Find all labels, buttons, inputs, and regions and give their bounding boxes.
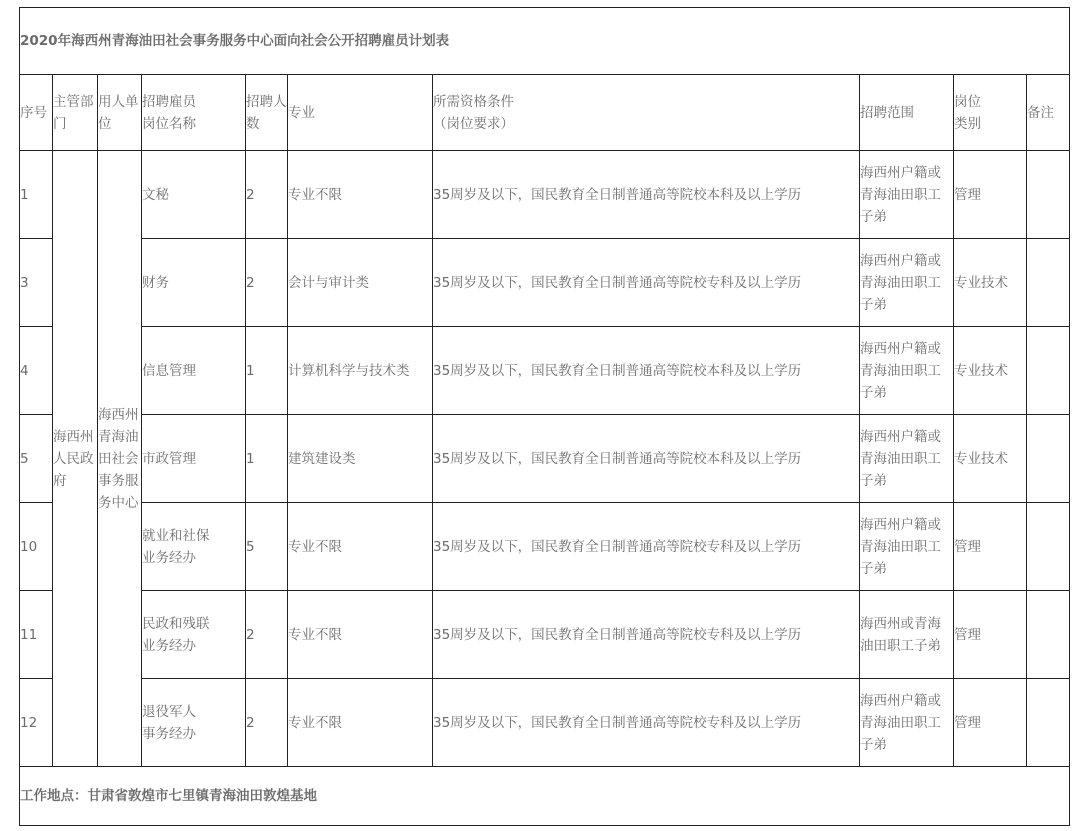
cell-category: 专业技术 <box>954 327 1027 415</box>
cell-position: 就业和社保业务经办 <box>142 503 246 591</box>
cell-position: 文秘 <box>142 151 246 239</box>
table-row: 5 市政管理 1 建筑建设类 35周岁及以下，国民教育全日制普通高等院校本科及以… <box>20 415 1070 503</box>
footer-row: 工作地点：甘肃省敦煌市七里镇青海油田敦煌基地 <box>20 767 1070 826</box>
header-major: 专业 <box>288 75 433 151</box>
table-row: 4 信息管理 1 计算机科学与技术类 35周岁及以下，国民教育全日制普通高等院校… <box>20 327 1070 415</box>
cell-count: 2 <box>246 239 288 327</box>
cell-requirements: 35周岁及以下，国民教育全日制普通高等院校专科及以上学历 <box>433 591 860 679</box>
title-row: 2020年海西州青海油田社会事务服务中心面向社会公开招聘雇员计划表 <box>20 8 1070 75</box>
cell-major: 专业不限 <box>288 503 433 591</box>
cell-position: 信息管理 <box>142 327 246 415</box>
cell-major: 专业不限 <box>288 591 433 679</box>
cell-requirements: 35周岁及以下，国民教育全日制普通高等院校本科及以上学历 <box>433 415 860 503</box>
cell-scope: 海西州户籍或青海油田职工子弟 <box>860 503 954 591</box>
cell-seq: 11 <box>20 591 53 679</box>
cell-count: 2 <box>246 591 288 679</box>
cell-position: 民政和残联业务经办 <box>142 591 246 679</box>
cell-count: 1 <box>246 327 288 415</box>
cell-remarks <box>1027 415 1070 503</box>
cell-category: 专业技术 <box>954 239 1027 327</box>
cell-seq: 1 <box>20 151 53 239</box>
table-row: 3 财务 2 会计与审计类 35周岁及以下，国民教育全日制普通高等院校专科及以上… <box>20 239 1070 327</box>
cell-category: 专业技术 <box>954 415 1027 503</box>
cell-remarks <box>1027 327 1070 415</box>
header-count: 招聘人数 <box>246 75 288 151</box>
cell-category: 管理 <box>954 591 1027 679</box>
cell-scope: 海西州户籍或青海油田职工子弟 <box>860 679 954 767</box>
table-row: 11 民政和残联业务经办 2 专业不限 35周岁及以下，国民教育全日制普通高等院… <box>20 591 1070 679</box>
cell-remarks <box>1027 151 1070 239</box>
cell-requirements: 35周岁及以下，国民教育全日制普通高等院校专科及以上学历 <box>433 239 860 327</box>
header-dept: 主管部门 <box>53 75 98 151</box>
cell-scope: 海西州或青海油田职工子弟 <box>860 591 954 679</box>
cell-remarks <box>1027 503 1070 591</box>
cell-dept-merged: 海西州人民政府 <box>53 151 98 767</box>
cell-seq: 5 <box>20 415 53 503</box>
cell-count: 2 <box>246 679 288 767</box>
header-row: 序号 主管部门 用人单位 招聘雇员岗位名称 招聘人数 专业 所需资格条件（岗位要… <box>20 75 1070 151</box>
cell-position: 市政管理 <box>142 415 246 503</box>
cell-major: 计算机科学与技术类 <box>288 327 433 415</box>
header-requirements: 所需资格条件（岗位要求） <box>433 75 860 151</box>
cell-major: 会计与审计类 <box>288 239 433 327</box>
cell-count: 1 <box>246 415 288 503</box>
cell-seq: 3 <box>20 239 53 327</box>
cell-category: 管理 <box>954 679 1027 767</box>
cell-major: 建筑建设类 <box>288 415 433 503</box>
cell-remarks <box>1027 679 1070 767</box>
cell-requirements: 35周岁及以下，国民教育全日制普通高等院校本科及以上学历 <box>433 327 860 415</box>
cell-seq: 10 <box>20 503 53 591</box>
cell-scope: 海西州户籍或青海油田职工子弟 <box>860 239 954 327</box>
work-location-note: 工作地点：甘肃省敦煌市七里镇青海油田敦煌基地 <box>20 767 1070 826</box>
header-position: 招聘雇员岗位名称 <box>142 75 246 151</box>
header-seq: 序号 <box>20 75 53 151</box>
cell-remarks <box>1027 591 1070 679</box>
cell-requirements: 35周岁及以下，国民教育全日制普通高等院校本科及以上学历 <box>433 151 860 239</box>
cell-scope: 海西州户籍或青海油田职工子弟 <box>860 327 954 415</box>
cell-seq: 4 <box>20 327 53 415</box>
cell-requirements: 35周岁及以下，国民教育全日制普通高等院校专科及以上学历 <box>433 503 860 591</box>
cell-major: 专业不限 <box>288 679 433 767</box>
recruitment-plan-table: 2020年海西州青海油田社会事务服务中心面向社会公开招聘雇员计划表 序号 主管部… <box>19 7 1070 826</box>
cell-requirements: 35周岁及以下，国民教育全日制普通高等院校专科及以上学历 <box>433 679 860 767</box>
cell-position: 财务 <box>142 239 246 327</box>
cell-category: 管理 <box>954 151 1027 239</box>
header-category: 岗位类别 <box>954 75 1027 151</box>
table-row: 1 海西州人民政府 海西州青海油田社会事务服务中心 文秘 2 专业不限 35周岁… <box>20 151 1070 239</box>
cell-seq: 12 <box>20 679 53 767</box>
cell-category: 管理 <box>954 503 1027 591</box>
cell-count: 5 <box>246 503 288 591</box>
cell-scope: 海西州户籍或青海油田职工子弟 <box>860 415 954 503</box>
header-scope: 招聘范围 <box>860 75 954 151</box>
header-unit: 用人单位 <box>98 75 142 151</box>
cell-unit-merged: 海西州青海油田社会事务服务中心 <box>98 151 142 767</box>
table-row: 10 就业和社保业务经办 5 专业不限 35周岁及以下，国民教育全日制普通高等院… <box>20 503 1070 591</box>
table-row: 12 退役军人事务经办 2 专业不限 35周岁及以下，国民教育全日制普通高等院校… <box>20 679 1070 767</box>
cell-count: 2 <box>246 151 288 239</box>
cell-scope: 海西州户籍或青海油田职工子弟 <box>860 151 954 239</box>
cell-major: 专业不限 <box>288 151 433 239</box>
cell-remarks <box>1027 239 1070 327</box>
recruitment-plan-document: 2020年海西州青海油田社会事务服务中心面向社会公开招聘雇员计划表 序号 主管部… <box>19 7 1068 824</box>
header-remarks: 备注 <box>1027 75 1070 151</box>
table-title: 2020年海西州青海油田社会事务服务中心面向社会公开招聘雇员计划表 <box>20 8 1070 75</box>
cell-position: 退役军人事务经办 <box>142 679 246 767</box>
